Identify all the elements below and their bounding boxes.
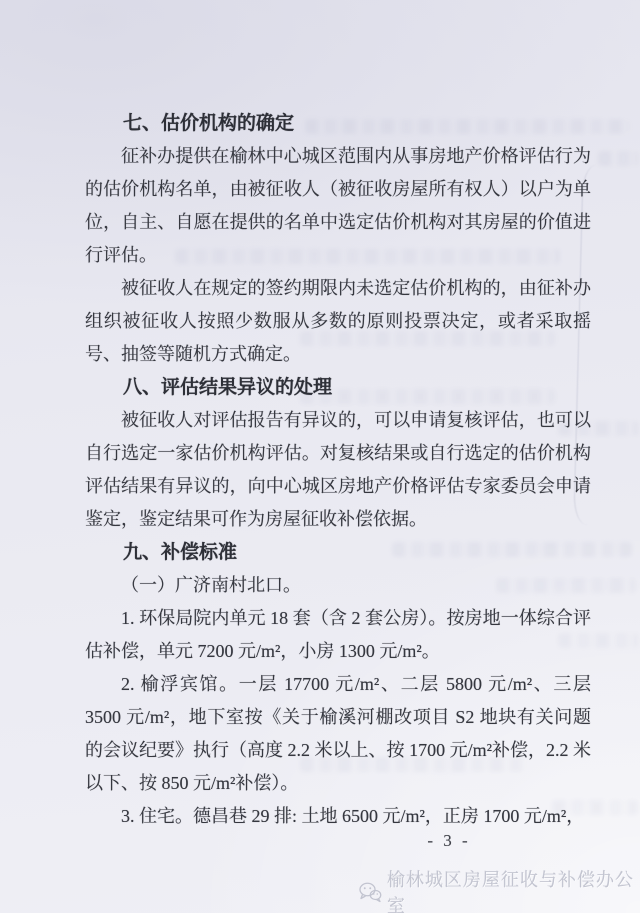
page-number: - 3 -: [404, 831, 494, 851]
paragraph-9-item-1: 1. 环保局院内单元 18 套（含 2 套公房）。按房地一体综合评估补偿，单元 …: [85, 602, 591, 668]
section-heading-7: 七、估价机构的确定: [85, 107, 591, 140]
bleed-through-artifact: [598, 151, 638, 166]
paragraph-7-2: 被征收人在规定的签约期限内未选定估价机构的，由征补办组织被征收人按照少数服从多数…: [85, 272, 591, 371]
section-heading-8: 八、评估结果异议的处理: [85, 371, 591, 404]
document-body: 七、估价机构的确定 征补办提供在榆林中心城区范围内从事房地产价格评估行为的估价机…: [85, 107, 591, 833]
paragraph-7-1: 征补办提供在榆林中心城区范围内从事房地产价格评估行为的估价机构名单，由被征收人（…: [85, 140, 591, 272]
footer-watermark: 榆林城区房屋征收与补偿办公室: [358, 866, 640, 913]
paragraph-9-item-2: 2. 榆浮宾馆。一层 17700 元/m²、二层 5800 元/m²、三层 35…: [85, 668, 591, 800]
paragraph-9-item-3: 3. 住宅。德昌巷 29 排: 土地 6500 元/m²，正房 1700 元/m…: [85, 800, 591, 833]
wechat-icon: [358, 881, 382, 903]
subheading-9-1: （一）广济南村北口。: [85, 569, 591, 602]
paragraph-8-1: 被征收人对评估报告有异议的，可以申请复核评估，也可以自行选定一家估价机构评估。对…: [85, 404, 591, 536]
footer-office-name: 榆林城区房屋征收与补偿办公室: [387, 866, 640, 913]
section-heading-9: 九、补偿标准: [85, 536, 591, 569]
